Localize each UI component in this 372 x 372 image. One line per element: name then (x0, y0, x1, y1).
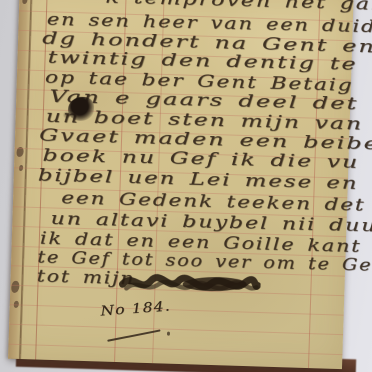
photo-of-manuscript: k temproven het gair en sen heer van een… (0, 0, 372, 372)
scratched-out-word (118, 268, 261, 300)
manuscript-page: k temproven het gair en sen heer van een… (8, 0, 354, 369)
